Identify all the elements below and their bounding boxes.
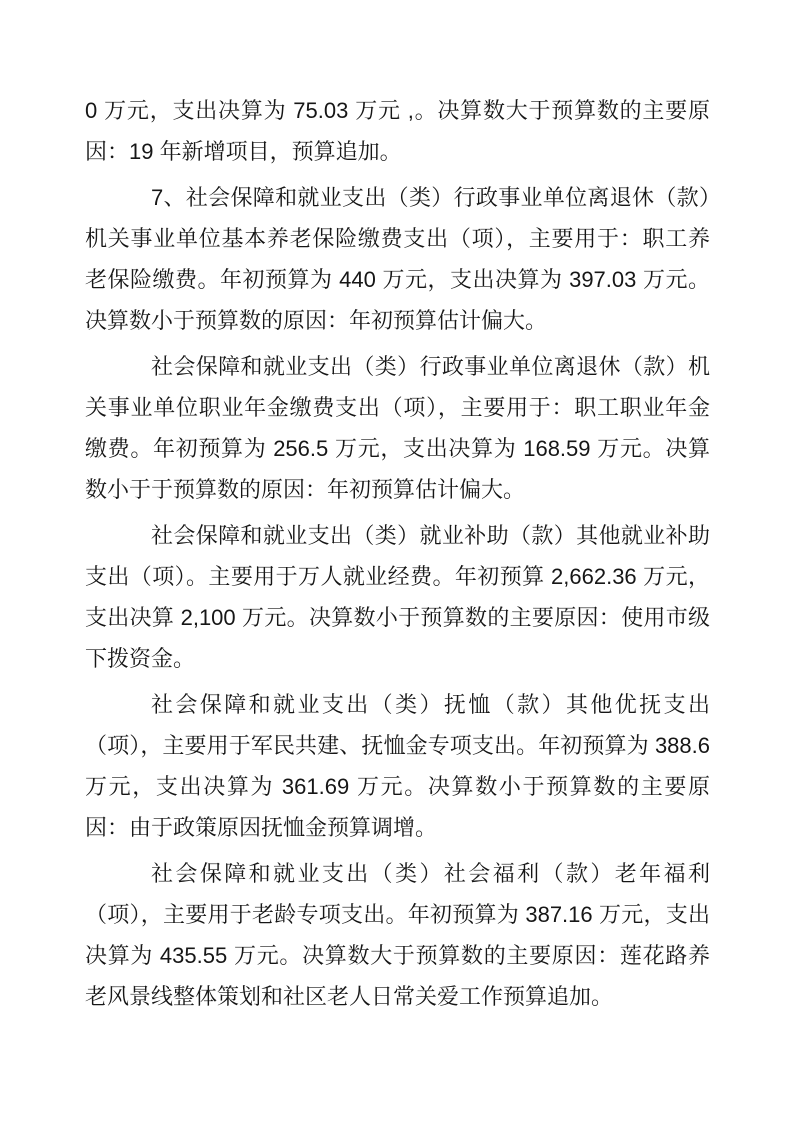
paragraph: 社会保障和就业支出（类）行政事业单位离退休（款）机关事业单位职业年金缴费支出（项… <box>85 346 710 510</box>
paragraph: 社会保障和就业支出（类）社会福利（款）老年福利（项），主要用于老龄专项支出。年初… <box>85 853 710 1017</box>
paragraph: 7、社会保障和就业支出（类）行政事业单位离退休（款）机关事业单位基本养老保险缴费… <box>85 177 710 341</box>
paragraph: 社会保障和就业支出（类）就业补助（款）其他就业补助支出（项）。主要用于万人就业经… <box>85 515 710 679</box>
document-page: 0 万元，支出决算为 75.03 万元 ,。决算数大于预算数的主要原因：19 年… <box>0 0 793 1122</box>
paragraph: 社会保障和就业支出（类）抚恤（款）其他优抚支出（项），主要用于军民共建、抚恤金专… <box>85 684 710 848</box>
document-body: 0 万元，支出决算为 75.03 万元 ,。决算数大于预算数的主要原因：19 年… <box>85 90 710 1017</box>
paragraph: 0 万元，支出决算为 75.03 万元 ,。决算数大于预算数的主要原因：19 年… <box>85 90 710 172</box>
